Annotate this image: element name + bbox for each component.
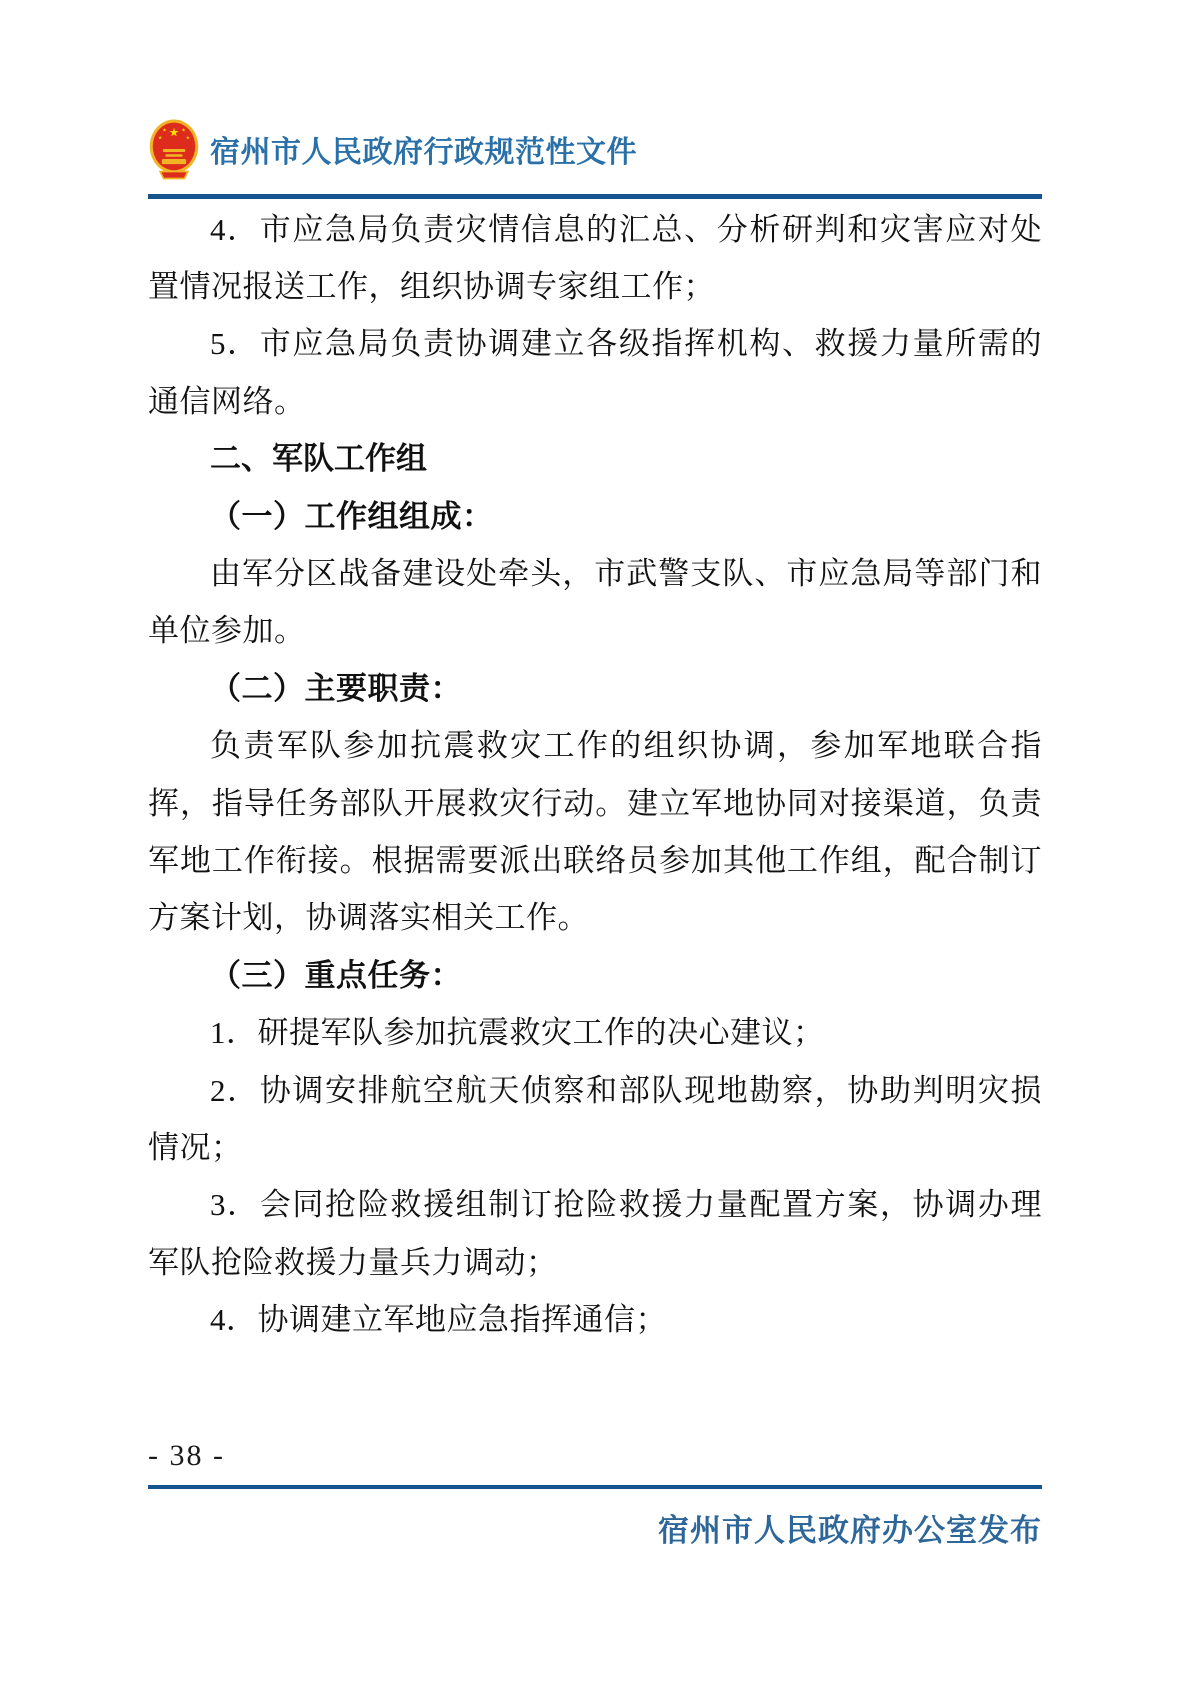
page-footer: - 38 - 宿州市人民政府办公室发布 <box>148 1441 1042 1550</box>
header-title: 宿州市人民政府行政规范性文件 <box>210 127 637 171</box>
paragraph: 3．会同抢险救援组制订抢险救援力量配置方案，协调办理军队抢险救援力量兵力调动； <box>148 1176 1042 1291</box>
publisher-line: 宿州市人民政府办公室发布 <box>148 1513 1042 1549</box>
page-number: - 38 - <box>148 1441 1042 1471</box>
paragraph: 4．市应急局负责灾情信息的汇总、分析研判和灾害应对处置情况报送工作，组织协调专家… <box>148 201 1042 316</box>
page-content: 宿州市人民政府行政规范性文件 4．市应急局负责灾情信息的汇总、分析研判和灾害应对… <box>148 0 1042 1549</box>
paragraph: 4．协调建立军地应急指挥通信； <box>148 1291 1042 1348</box>
sub-heading: （二）主要职责： <box>148 660 1042 717</box>
footer-rule <box>148 1485 1042 1490</box>
paragraph: 由军分区战备建设处牵头，市武警支队、市应急局等部门和单位参加。 <box>148 545 1042 660</box>
document-page: 宿州市人民政府行政规范性文件 4．市应急局负责灾情信息的汇总、分析研判和灾害应对… <box>0 0 1190 1683</box>
paragraph: 负责军队参加抗震救灾工作的组织协调，参加军地联合指挥，指导任务部队开展救灾行动。… <box>148 717 1042 947</box>
header-brand: 宿州市人民政府行政规范性文件 <box>148 116 1042 182</box>
sub-heading: （三）重点任务： <box>148 947 1042 1004</box>
paragraph: 1．研提军队参加抗震救灾工作的决心建议； <box>148 1004 1042 1061</box>
page-header: 宿州市人民政府行政规范性文件 <box>148 116 1042 199</box>
paragraph: 2．协调安排航空航天侦察和部队现地勘察，协助判明灾损情况； <box>148 1062 1042 1177</box>
sub-heading: （一）工作组组成： <box>148 488 1042 545</box>
document-body: 4．市应急局负责灾情信息的汇总、分析研判和灾害应对处置情况报送工作，组织协调专家… <box>148 201 1042 1349</box>
china-national-emblem-icon <box>148 117 200 181</box>
paragraph: 5．市应急局负责协调建立各级指挥机构、救援力量所需的通信网络。 <box>148 315 1042 430</box>
section-heading: 二、军队工作组 <box>148 430 1042 487</box>
header-rule <box>148 194 1042 199</box>
